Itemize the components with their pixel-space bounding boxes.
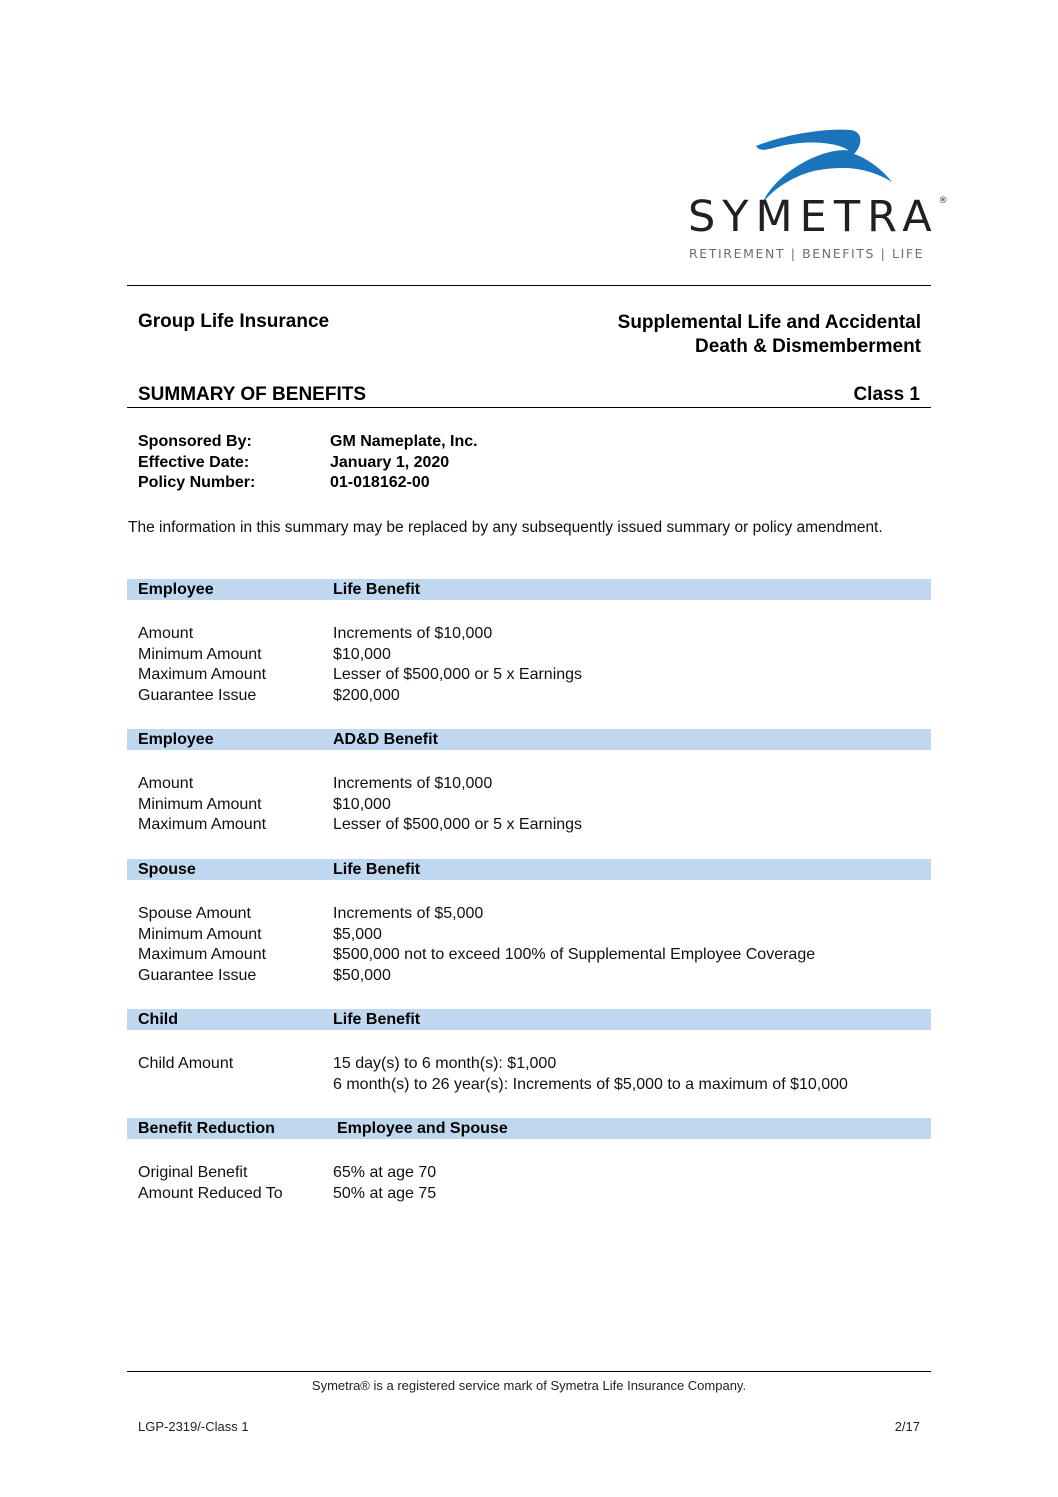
trademark-notice: Symetra® is a registered service mark of…	[0, 1378, 1058, 1393]
row-value: $50,000	[333, 966, 391, 987]
section-header-employee-life: Employee Life Benefit	[127, 579, 931, 600]
section-benefit-type: AD&D Benefit	[333, 729, 438, 750]
table-row: AmountIncrements of $10,000	[138, 624, 582, 645]
section-category: Child	[138, 1009, 178, 1030]
section-category: Spouse	[138, 859, 196, 880]
table-row: Maximum AmountLesser of $500,000 or 5 x …	[138, 815, 582, 836]
row-label: Amount	[138, 624, 333, 645]
table-row: AmountIncrements of $10,000	[138, 774, 582, 795]
table-row: Guarantee Issue$200,000	[138, 686, 582, 707]
section-benefit-type: Life Benefit	[333, 859, 420, 880]
table-row: Minimum Amount$5,000	[138, 925, 815, 946]
section-category: Benefit Reduction	[138, 1118, 275, 1139]
logo-wordmark: SYMETRA®	[688, 192, 948, 242]
row-value: $5,000	[333, 925, 382, 946]
sponsored-by-row: Sponsored By: GM Nameplate, Inc.	[138, 432, 478, 453]
form-id: LGP-2319/-Class 1	[138, 1419, 249, 1434]
row-label: Amount	[138, 774, 333, 795]
row-value: 65% at age 70	[333, 1163, 436, 1184]
section-benefit-type: Life Benefit	[333, 1009, 420, 1030]
row-label: Minimum Amount	[138, 645, 333, 666]
row-value: Lesser of $500,000 or 5 x Earnings	[333, 815, 582, 836]
section-benefit-type: Life Benefit	[333, 579, 420, 600]
policy-number-value: 01-018162-00	[330, 473, 430, 494]
row-label: Amount Reduced To	[138, 1184, 333, 1205]
row-value: $500,000 not to exceed 100% of Supplemen…	[333, 945, 815, 966]
table-row: Minimum Amount$10,000	[138, 795, 582, 816]
row-value: 6 month(s) to 26 year(s): Increments of …	[333, 1075, 848, 1096]
page-number: 2/17	[895, 1419, 920, 1434]
row-label	[138, 1075, 333, 1096]
row-value: $200,000	[333, 686, 400, 707]
policy-number-label: Policy Number:	[138, 473, 330, 494]
row-label: Child Amount	[138, 1054, 333, 1075]
row-label: Maximum Amount	[138, 945, 333, 966]
effective-date-row: Effective Date: January 1, 2020	[138, 453, 478, 474]
row-label: Maximum Amount	[138, 815, 333, 836]
section-rows-employee-add: AmountIncrements of $10,000 Minimum Amou…	[138, 774, 582, 836]
table-row: Child Amount15 day(s) to 6 month(s): $1,…	[138, 1054, 848, 1075]
section-category: Employee	[138, 579, 214, 600]
row-value: Increments of $5,000	[333, 904, 483, 925]
summary-title: SUMMARY OF BENEFITS	[138, 384, 366, 406]
section-header-spouse-life: Spouse Life Benefit	[127, 859, 931, 880]
coverage-title: Supplemental Life and Accidental Death &…	[618, 311, 921, 359]
row-label: Spouse Amount	[138, 904, 333, 925]
policy-number-row: Policy Number: 01-018162-00	[138, 473, 478, 494]
sponsored-by-label: Sponsored By:	[138, 432, 330, 453]
row-value: 15 day(s) to 6 month(s): $1,000	[333, 1054, 556, 1075]
section-rows-spouse-life: Spouse AmountIncrements of $5,000 Minimu…	[138, 904, 815, 986]
disclaimer-note: The information in this summary may be r…	[128, 518, 888, 538]
class-label: Class 1	[853, 384, 920, 406]
row-label: Minimum Amount	[138, 795, 333, 816]
row-value: $10,000	[333, 645, 391, 666]
row-label: Guarantee Issue	[138, 966, 333, 987]
table-row: Amount Reduced To50% at age 75	[138, 1184, 436, 1205]
effective-date-value: January 1, 2020	[330, 453, 449, 474]
row-value: Increments of $10,000	[333, 624, 492, 645]
row-value: Lesser of $500,000 or 5 x Earnings	[333, 665, 582, 686]
table-row: Original Benefit65% at age 70	[138, 1163, 436, 1184]
document-title: Group Life Insurance	[138, 311, 329, 333]
section-header-employee-add: Employee AD&D Benefit	[127, 729, 931, 750]
row-label: Guarantee Issue	[138, 686, 333, 707]
row-label: Original Benefit	[138, 1163, 333, 1184]
section-header-child-life: Child Life Benefit	[127, 1009, 931, 1030]
row-value: Increments of $10,000	[333, 774, 492, 795]
table-row: Maximum Amount$500,000 not to exceed 100…	[138, 945, 815, 966]
section-category: Employee	[138, 729, 214, 750]
coverage-title-line2: Death & Dismemberment	[618, 335, 921, 359]
footer-divider	[127, 1371, 931, 1372]
section-header-benefit-reduction: Benefit Reduction Employee and Spouse	[127, 1118, 931, 1139]
header-divider	[127, 285, 931, 286]
section-benefit-type: Employee and Spouse	[337, 1118, 508, 1139]
coverage-title-line1: Supplemental Life and Accidental	[618, 311, 921, 335]
row-value: $10,000	[333, 795, 391, 816]
summary-divider	[127, 407, 931, 408]
table-row: Guarantee Issue$50,000	[138, 966, 815, 987]
section-rows-benefit-reduction: Original Benefit65% at age 70 Amount Red…	[138, 1163, 436, 1204]
section-rows-child-life: Child Amount15 day(s) to 6 month(s): $1,…	[138, 1054, 848, 1095]
effective-date-label: Effective Date:	[138, 453, 330, 474]
sponsored-by-value: GM Nameplate, Inc.	[330, 432, 478, 453]
row-label: Minimum Amount	[138, 925, 333, 946]
policy-info: Sponsored By: GM Nameplate, Inc. Effecti…	[138, 432, 478, 494]
table-row: Maximum AmountLesser of $500,000 or 5 x …	[138, 665, 582, 686]
row-label: Maximum Amount	[138, 665, 333, 686]
section-rows-employee-life: AmountIncrements of $10,000 Minimum Amou…	[138, 624, 582, 706]
table-row: Minimum Amount$10,000	[138, 645, 582, 666]
symetra-logo: SYMETRA® RETIREMENT | BENEFITS | LIFE	[686, 124, 936, 264]
table-row: Spouse AmountIncrements of $5,000	[138, 904, 815, 925]
table-row: 6 month(s) to 26 year(s): Increments of …	[138, 1075, 848, 1096]
logo-tagline: RETIREMENT | BENEFITS | LIFE	[689, 246, 924, 261]
row-value: 50% at age 75	[333, 1184, 436, 1205]
